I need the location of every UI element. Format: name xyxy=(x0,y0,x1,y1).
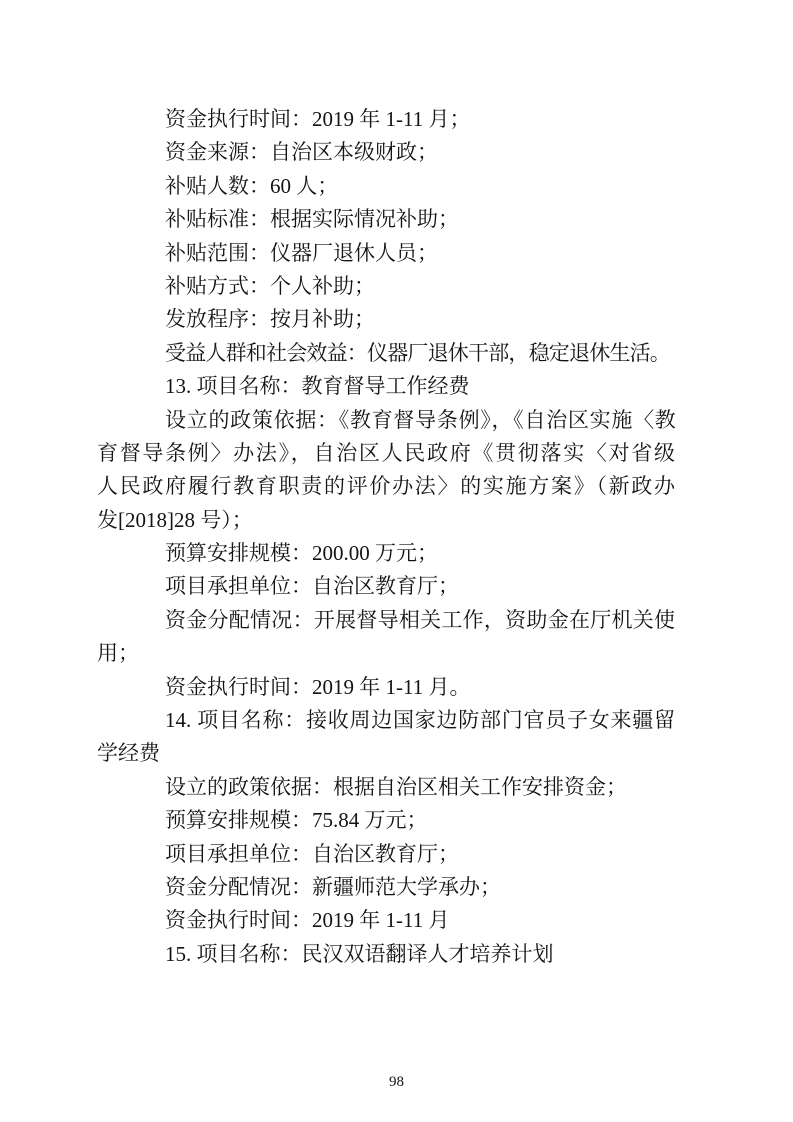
text-line: 资金分配情况：开展督导相关工作，资助金在厅机关使 xyxy=(97,604,675,637)
text-line: 补贴方式：个人补助； xyxy=(97,270,675,303)
text-line: 资金执行时间：2019 年 1-11 月 xyxy=(97,904,675,937)
text-line: 学经费 xyxy=(97,737,675,770)
text-line: 15. 项目名称：民汉双语翻译人才培养计划 xyxy=(97,938,675,971)
text-line: 资金执行时间：2019 年 1-11 月。 xyxy=(97,671,675,704)
text-line: 发[2018]28 号）； xyxy=(97,504,675,537)
text-line: 设立的政策依据：根据自治区相关工作安排资金； xyxy=(97,771,675,804)
text-line: 发放程序：按月补助； xyxy=(97,303,675,336)
text-line: 项目承担单位：自治区教育厅； xyxy=(97,838,675,871)
document-body: 资金执行时间：2019 年 1-11 月； 资金来源：自治区本级财政； 补贴人数… xyxy=(97,103,675,971)
text-line: 设立的政策依据：《教育督导条例》，《自治区实施〈教 xyxy=(97,404,675,437)
text-line: 补贴人数：60 人； xyxy=(97,170,675,203)
text-line: 用； xyxy=(97,637,675,670)
text-line: 项目承担单位：自治区教育厅； xyxy=(97,570,675,603)
text-line: 资金分配情况：新疆师范大学承办； xyxy=(97,871,675,904)
text-line: 补贴标准：根据实际情况补助； xyxy=(97,203,675,236)
text-line: 资金来源：自治区本级财政； xyxy=(97,136,675,169)
text-line: 育督导条例〉办法》，自治区人民政府《贯彻落实〈对省级 xyxy=(97,437,675,470)
text-line: 人民政府履行教育职责的评价办法〉的实施方案》（新政办 xyxy=(97,470,675,503)
text-line: 受益人群和社会效益：仪器厂退休干部，稳定退休生活。 xyxy=(97,337,675,370)
text-line: 14. 项目名称：接收周边国家边防部门官员子女来疆留 xyxy=(97,704,675,737)
document-page: 资金执行时间：2019 年 1-11 月； 资金来源：自治区本级财政； 补贴人数… xyxy=(0,0,793,1122)
text-line: 13. 项目名称：教育督导工作经费 xyxy=(97,370,675,403)
page-number: 98 xyxy=(0,1072,793,1092)
text-line: 资金执行时间：2019 年 1-11 月； xyxy=(97,103,675,136)
text-line: 预算安排规模：75.84 万元； xyxy=(97,804,675,837)
text-line: 预算安排规模：200.00 万元； xyxy=(97,537,675,570)
text-line: 补贴范围：仪器厂退休人员； xyxy=(97,237,675,270)
